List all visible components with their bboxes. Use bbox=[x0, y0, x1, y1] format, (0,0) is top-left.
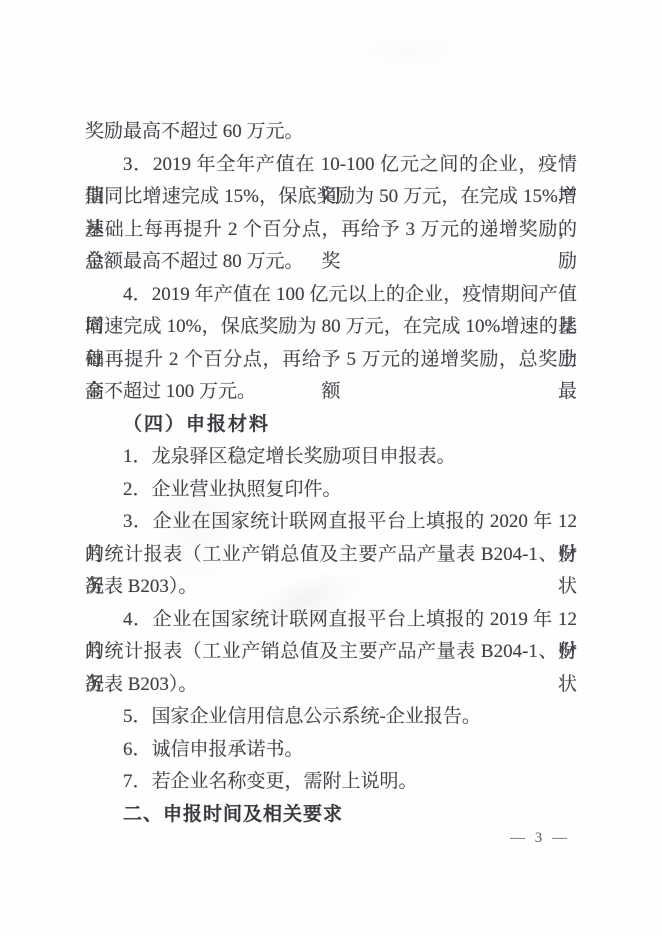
text-line: 5．国家企业信用信息公示系统-企业报告。 bbox=[85, 701, 577, 734]
subsection-heading: （四）申报材料 bbox=[85, 409, 577, 442]
document-body: 奖励最高不超过 60 万元。3．2019 年全年产值在 10-100 亿元之间的… bbox=[85, 116, 577, 831]
scan-smudge bbox=[350, 30, 470, 70]
text-line: 的统计报表（工业产销总值及主要产品产量表 B204-1、财务状 bbox=[85, 539, 577, 572]
text-line: 奖励最高不超过 60 万元。 bbox=[85, 116, 577, 149]
text-line: 基础上每再提升 2 个百分点，再给予 3 万元的递增奖励，总奖励 bbox=[85, 214, 577, 247]
text-line: 4．企业在国家统计联网直报平台上填报的 2019 年 12 月份 bbox=[85, 604, 577, 637]
text-line: 值同比增速完成 15%，保底奖励为 50 万元，在完成 15%增速的 bbox=[85, 181, 577, 214]
text-line: 2．企业营业执照复印件。 bbox=[85, 474, 577, 507]
text-line: 增速完成 10%，保底奖励为 80 万元，在完成 10%增速的基础上 bbox=[85, 311, 577, 344]
text-line: 3．企业在国家统计联网直报平台上填报的 2020 年 12 月份 bbox=[85, 506, 577, 539]
text-line: 3．2019 年全年产值在 10-100 亿元之间的企业，疫情期间产 bbox=[85, 149, 577, 182]
text-line: 4．2019 年产值在 100 亿元以上的企业，疫情期间产值同比 bbox=[85, 279, 577, 312]
text-line: 1．龙泉驿区稳定增长奖励项目申报表。 bbox=[85, 441, 577, 474]
text-line: 的统计报表（工业产销总值及主要产品产量表 B204-1、财务状 bbox=[85, 636, 577, 669]
text-line: 7．若企业名称变更，需附上说明。 bbox=[85, 766, 577, 799]
text-line: 6．诚信申报承诺书。 bbox=[85, 734, 577, 767]
section-heading: 二、申报时间及相关要求 bbox=[85, 799, 577, 832]
page-number: — 3 — bbox=[510, 828, 570, 848]
document-page: 奖励最高不超过 60 万元。3．2019 年全年产值在 10-100 亿元之间的… bbox=[0, 0, 662, 936]
text-line: 每再提升 2 个百分点，再给予 5 万元的递增奖励，总奖励金额最 bbox=[85, 344, 577, 377]
